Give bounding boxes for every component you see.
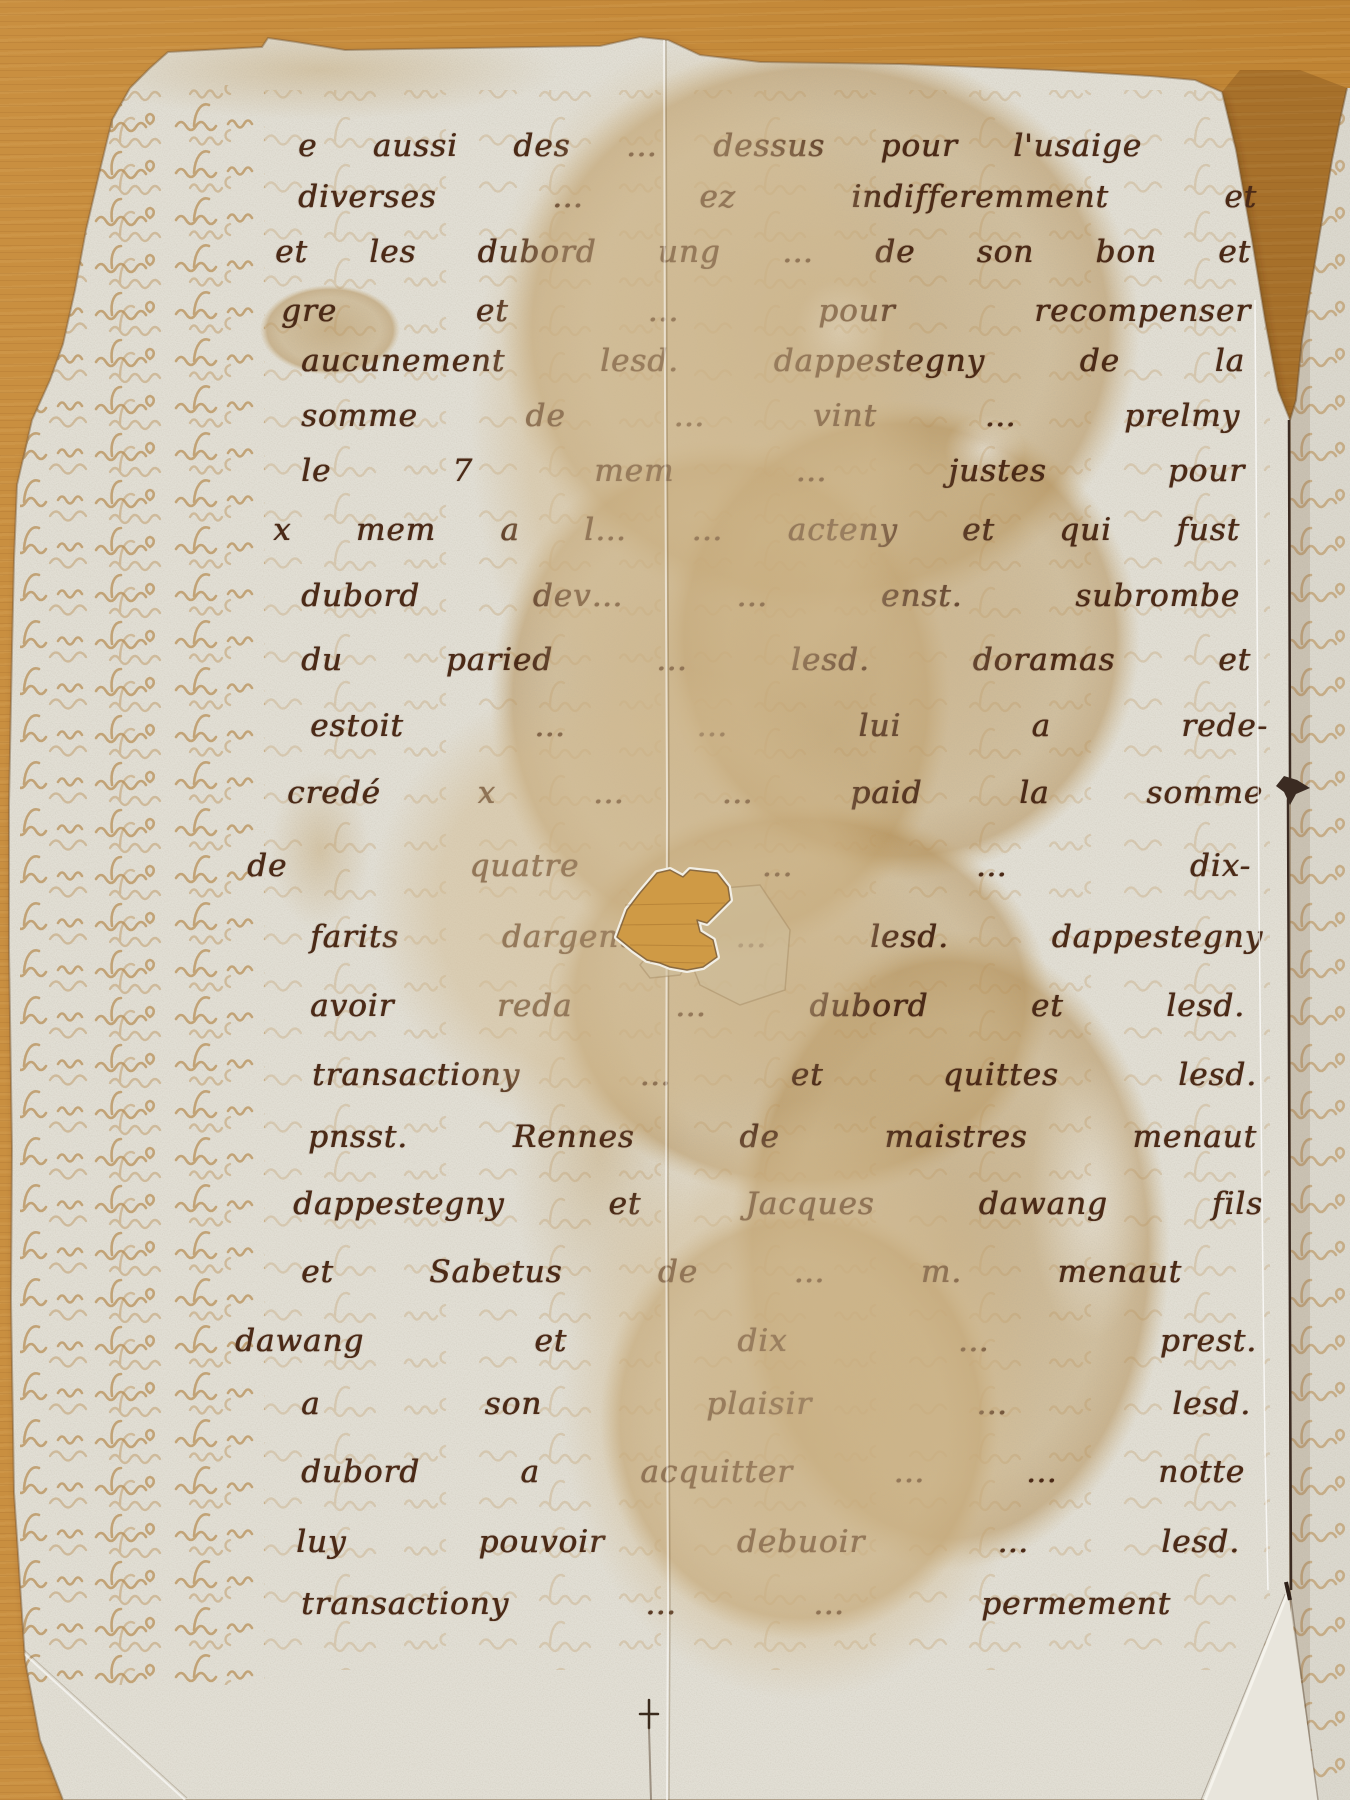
paper-crack: [1255, 300, 1268, 1590]
paper-crease: [20, 1650, 185, 1800]
folded-flap: [1205, 1592, 1318, 1800]
surface-overlay: [0, 0, 1350, 1800]
cross-mark: [640, 1700, 658, 1728]
page-damage: [20, 40, 1268, 1800]
fold-split: [649, 1728, 651, 1800]
page-seam: [1288, 420, 1291, 1590]
paper-crease-shadow: [22, 1648, 187, 1798]
seam-notch: [1276, 776, 1310, 805]
